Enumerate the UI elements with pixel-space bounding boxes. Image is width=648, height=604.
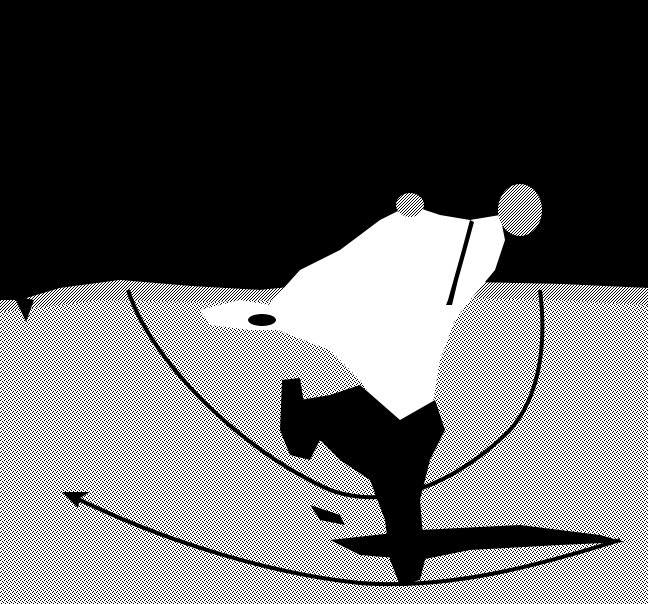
- photo-canvas: [0, 0, 648, 604]
- dark-background: [0, 0, 648, 300]
- halftone-photo: [0, 0, 648, 604]
- rope-handle-left: [248, 314, 276, 326]
- person-head: [498, 184, 542, 236]
- person-hair: [396, 193, 424, 217]
